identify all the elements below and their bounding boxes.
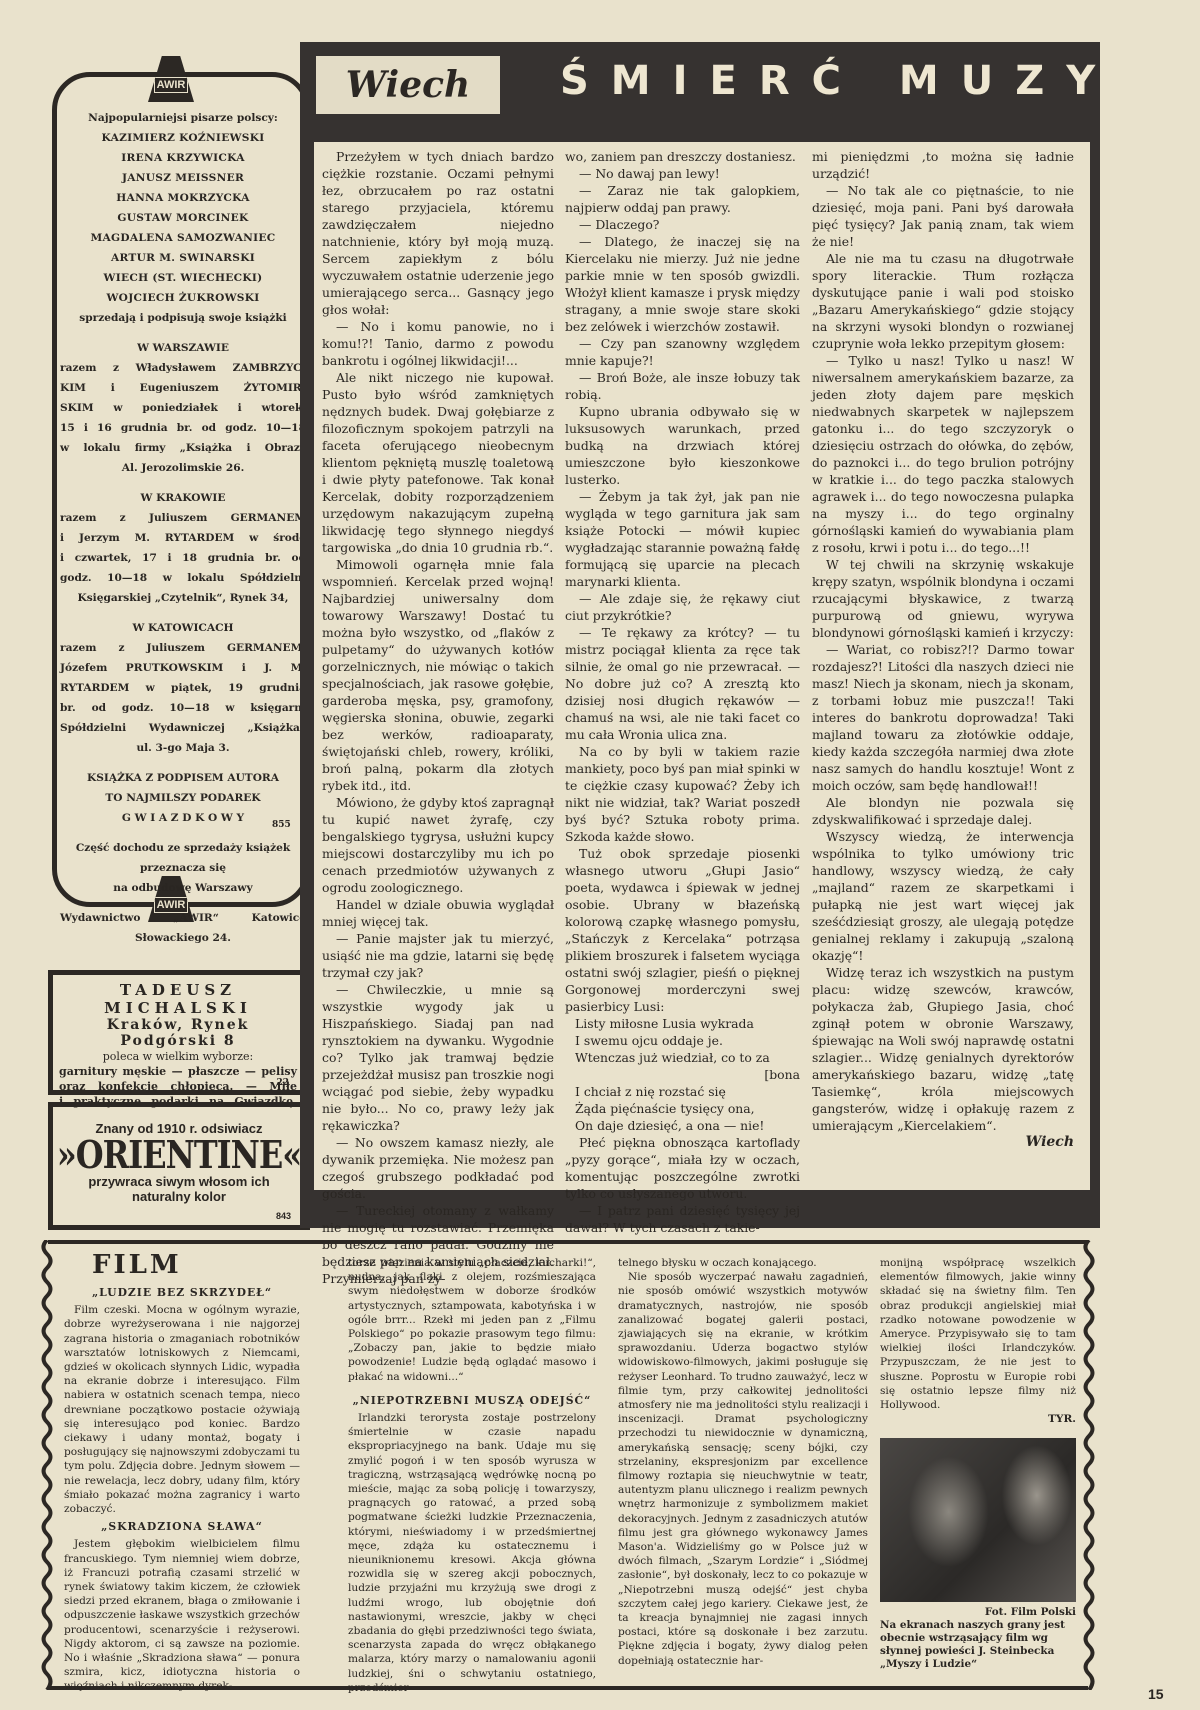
verse-line: On daje dziesięć, a ona — nie! (565, 1117, 800, 1134)
city-line: godz. 10—18 w lokalu Spółdzielni (60, 568, 306, 588)
paragraph: — Tylko u nasz! Tylko u nasz! W niwersal… (812, 352, 1074, 556)
paragraph: — Dlaczego? (565, 216, 800, 233)
verse-line: I swemu ojcu oddaje je. (565, 1032, 800, 1049)
review-text: Nie sposób wyczerpać nawału zagadnień, n… (618, 1270, 868, 1668)
ad-code: 855 (272, 820, 291, 830)
city-line: razem z Juliuszem GERMANEM (60, 508, 306, 528)
paragraph: — No owszem kamasz niezły, ale dywanik p… (322, 1134, 554, 1202)
paragraph: Mówiono, że gdyby ktoś zapragnął tu kupi… (322, 794, 554, 896)
ori-brand: »ORIENTINE« (53, 1132, 305, 1178)
film-column-3: telnego błysku w oczach konającego. Nie … (618, 1256, 868, 1668)
city-heading: W KATOWICACH (60, 618, 306, 638)
ori-line: naturalny kolor (53, 1189, 305, 1204)
photo-caption: Fot. Film Polski Na ekranach naszych gra… (880, 1606, 1076, 1671)
paragraph: Kupno ubrania odbywało się w luksusowych… (565, 403, 800, 488)
verse-line: Listy miłosne Lusia wykrada (565, 1015, 800, 1032)
shop-name: TADEUSZ MICHALSKI (59, 981, 297, 1017)
review-heading: „LUDZIE BEZ SKRZYDEŁ“ (64, 1286, 300, 1300)
review-text: torze więzienia w stylu „płaczcie, kucha… (348, 1256, 596, 1384)
author: JANUSZ MEISSNER (60, 168, 306, 188)
article-column-1: Przeżyłem w tych dniach bardzo ciężkie r… (322, 148, 554, 1287)
review-text: telnego błysku w oczach konającego. (618, 1256, 868, 1270)
paragraph: Handel w dziale obuwia wyglądał mniej wi… (322, 896, 554, 930)
city-heading: W WARSZAWIE (60, 338, 306, 358)
verse-line: I chciał z nię rozstać się (565, 1083, 800, 1100)
author: MAGDALENA SAMOZWANIEC (60, 228, 306, 248)
film-still-photo (880, 1438, 1076, 1602)
paragraph: — Chwileczkie, u mnie są wszystkie wygod… (322, 981, 554, 1134)
review-text: Film czeski. Mocna w ogólnym wyrazie, do… (64, 1303, 300, 1516)
city-line: Księgarskiej „Czytelnik“, Rynek 34, (60, 588, 306, 608)
paragraph: — Te rękawy za krótcy? — tu mistrz pocią… (565, 624, 800, 743)
paragraph: — Czy pan szanowny względem mnie kapuje?… (565, 335, 800, 369)
paragraph: W tej chwili na skrzynię wskakuje krępy … (812, 556, 1074, 641)
author: IRENA KRZYWICKA (60, 148, 306, 168)
city-line: Al. Jerozolimskie 26. (60, 458, 306, 478)
shop-lead: poleca w wielkim wyborze: (59, 1049, 297, 1064)
awir-tagline: sprzedają i podpisują swoje książki (60, 308, 306, 328)
shop-address: Kraków, Rynek Podgórski 8 (59, 1017, 297, 1049)
paragraph: — Dlatego, że inaczej się na Kiercelaku … (565, 233, 800, 335)
author: WIECH (ST. WIECHECKI) (60, 268, 306, 288)
city-line: RYTARDEM w piątek, 19 grudnia (60, 678, 306, 698)
shop-line: oraz konfekcję chłopięcą. — Miłe (59, 1079, 297, 1094)
slogan-line: KSIĄŻKA Z PODPISEM AUTORA (60, 768, 306, 788)
shop-line: garnitury męskie — płaszcze — pelisy (59, 1064, 297, 1079)
orientine-ad: Znany od 1910 r. odsiwiacz »ORIENTINE« p… (48, 1102, 310, 1230)
city-line: razem z Juliuszem GERMANEM, (60, 638, 306, 658)
ad-code: 22 (276, 1078, 289, 1088)
author: WOJCIECH ŻUKROWSKI (60, 288, 306, 308)
city-heading: W KRAKOWIE (60, 488, 306, 508)
publisher: Wydawnictwo „AWIR“ Katowice (60, 908, 306, 928)
article-column-3: mi pieniędzmi ,to można się ładnie urząd… (812, 148, 1074, 1150)
review-heading: „SKRADZIONA SŁAWA“ (64, 1520, 300, 1534)
charity-line: na odbudowę Warszawy (60, 878, 306, 898)
paragraph: — No dawaj pan lewy! (565, 165, 800, 182)
author: HANNA MOKRZYCKA (60, 188, 306, 208)
film-column-2: torze więzienia w stylu „płaczcie, kucha… (348, 1256, 596, 1695)
paragraph: Ale blondyn nie pozwala się zdyskwalifik… (812, 794, 1074, 828)
city-line: KIM i Eugeniuszem ŻYTOMIR- (60, 378, 306, 398)
paragraph: Na co by byli w takiem razie mankiety, p… (565, 743, 800, 845)
slogan-line: TO NAJMILSZY PODAREK (60, 788, 306, 808)
michalski-ad: TADEUSZ MICHALSKI Kraków, Rynek Podgórsk… (48, 970, 308, 1095)
verse-line: Wtenczas już wiedział, co to za (565, 1049, 800, 1066)
charity-line: przeznacza się (60, 858, 306, 878)
paragraph: — No i komu panowie, no i komu!?! Tanio,… (322, 318, 554, 369)
publisher-address: Słowackiego 24. (60, 928, 306, 948)
city-line: i Jerzym M. RYTARDEM w środę (60, 528, 306, 548)
paragraph: Tuż obok sprzedaje piosenki własnego utw… (565, 845, 800, 1015)
film-section-title: FILM (92, 1250, 182, 1280)
review-text: monijną współpracę wszelkich elementów f… (880, 1256, 1076, 1412)
awir-heading: Najpopularniejsi pisarze polscy: (60, 108, 306, 128)
author: ARTUR M. SWINARSKI (60, 248, 306, 268)
paragraph: Widzę teraz ich wszystkich na pustym pla… (812, 964, 1074, 1134)
paragraph: — Ale zdaje się, że rękawy ciut ciut prz… (565, 590, 800, 624)
paragraph: — Wariat, co robisz?!? Darmo towar rozda… (812, 641, 1074, 794)
paragraph: — Zaraz nie tak galopkiem, najpierw odda… (565, 182, 800, 216)
review-text: Irlandzki terorysta zostaje postrzelony … (348, 1411, 596, 1695)
paragraph: — Żebym ja tak żył, jak pan nie wygląda … (565, 488, 800, 590)
author-signature: Wiech (812, 1134, 1074, 1150)
paragraph: Ale nikt niczego nie kupował. Pusto było… (322, 369, 554, 556)
caption-text: Na ekranach naszych grany jest obecnie w… (880, 1619, 1076, 1671)
paragraph: — No tak ale co piętnaście, to nie dzies… (812, 182, 1074, 250)
awir-ad: Najpopularniejsi pisarze polscy: KAZIMIE… (60, 108, 306, 948)
paragraph: mi pieniędzmi ,to można się ładnie urząd… (812, 148, 1074, 182)
paragraph: — Broń Boże, ale insze łobuzy tak robią. (565, 369, 800, 403)
author-list: KAZIMIERZ KOŹNIEWSKI IRENA KRZYWICKA JAN… (60, 128, 306, 308)
film-column-1: „LUDZIE BEZ SKRZYDEŁ“ Film czeski. Mocna… (64, 1282, 300, 1694)
paragraph: wo, zaniem pan dreszczy dostaniesz. (565, 148, 800, 165)
city-line: 15 i 16 grudnia br. od godz. 10—18 (60, 418, 306, 438)
ad-code: 843 (276, 1211, 291, 1221)
review-text: Jestem głębokim wielbicielem filmu franc… (64, 1537, 300, 1693)
article-title: ŚMIERĆ MUZY (560, 58, 1117, 104)
city-line: i czwartek, 17 i 18 grudnia br. od (60, 548, 306, 568)
wavy-border-icon (40, 1240, 54, 1690)
article-column-2: wo, zaniem pan dreszczy dostaniesz. — No… (565, 148, 800, 1236)
wavy-border-icon (1082, 1240, 1096, 1690)
paragraph: — I patrz pani dziesięć tysięcy jej dawa… (565, 1202, 800, 1236)
slogan-line: G W I A Z D K O W Y (60, 808, 306, 828)
author-badge: Wiech (316, 56, 500, 114)
verse-line: [bona (565, 1066, 800, 1083)
review-signature: TYR. (880, 1412, 1076, 1426)
city-line: br. od godz. 10—18 w księgarni (60, 698, 306, 718)
review-heading: „NIEPOTRZEBNI MUSZĄ ODEJŚĆ“ (348, 1394, 596, 1408)
paragraph: Mimowoli ogarnęła mnie fala wspomnień. K… (322, 556, 554, 794)
author: KAZIMIERZ KOŹNIEWSKI (60, 128, 306, 148)
page-number: 15 (1148, 1686, 1164, 1702)
city-line: SKIM w poniedziałek i wtorek, (60, 398, 306, 418)
paragraph: Wszyscy wiedzą, że interwencja wspólnika… (812, 828, 1074, 964)
city-line: ul. 3-go Maja 3. (60, 738, 306, 758)
paragraph: — Panie majster jak tu mierzyć, usiąść n… (322, 930, 554, 981)
film-column-4: monijną współpracę wszelkich elementów f… (880, 1256, 1076, 1426)
city-line: Józefem PRUTKOWSKIM i J. M. (60, 658, 306, 678)
photo-credit: Fot. Film Polski (880, 1606, 1076, 1619)
paragraph: Płeć piękna obnosząca kartoflady „pyzy g… (565, 1134, 800, 1202)
city-line: Spółdzielni Wydawniczej „Książka“ (60, 718, 306, 738)
charity-line: Część dochodu ze sprzedaży książek (60, 838, 306, 858)
paragraph: Przeżyłem w tych dniach bardzo ciężkie r… (322, 148, 554, 318)
author: GUSTAW MORCINEK (60, 208, 306, 228)
verse-line: Żąda pięćnaście tysięcy ona, (565, 1100, 800, 1117)
city-line: razem z Władysławem ZAMBRZYC- (60, 358, 306, 378)
city-line: w lokalu firmy „Książka i Obraz“ (60, 438, 306, 458)
paragraph: Ale nie ma tu czasu na długotrwałe spory… (812, 250, 1074, 352)
